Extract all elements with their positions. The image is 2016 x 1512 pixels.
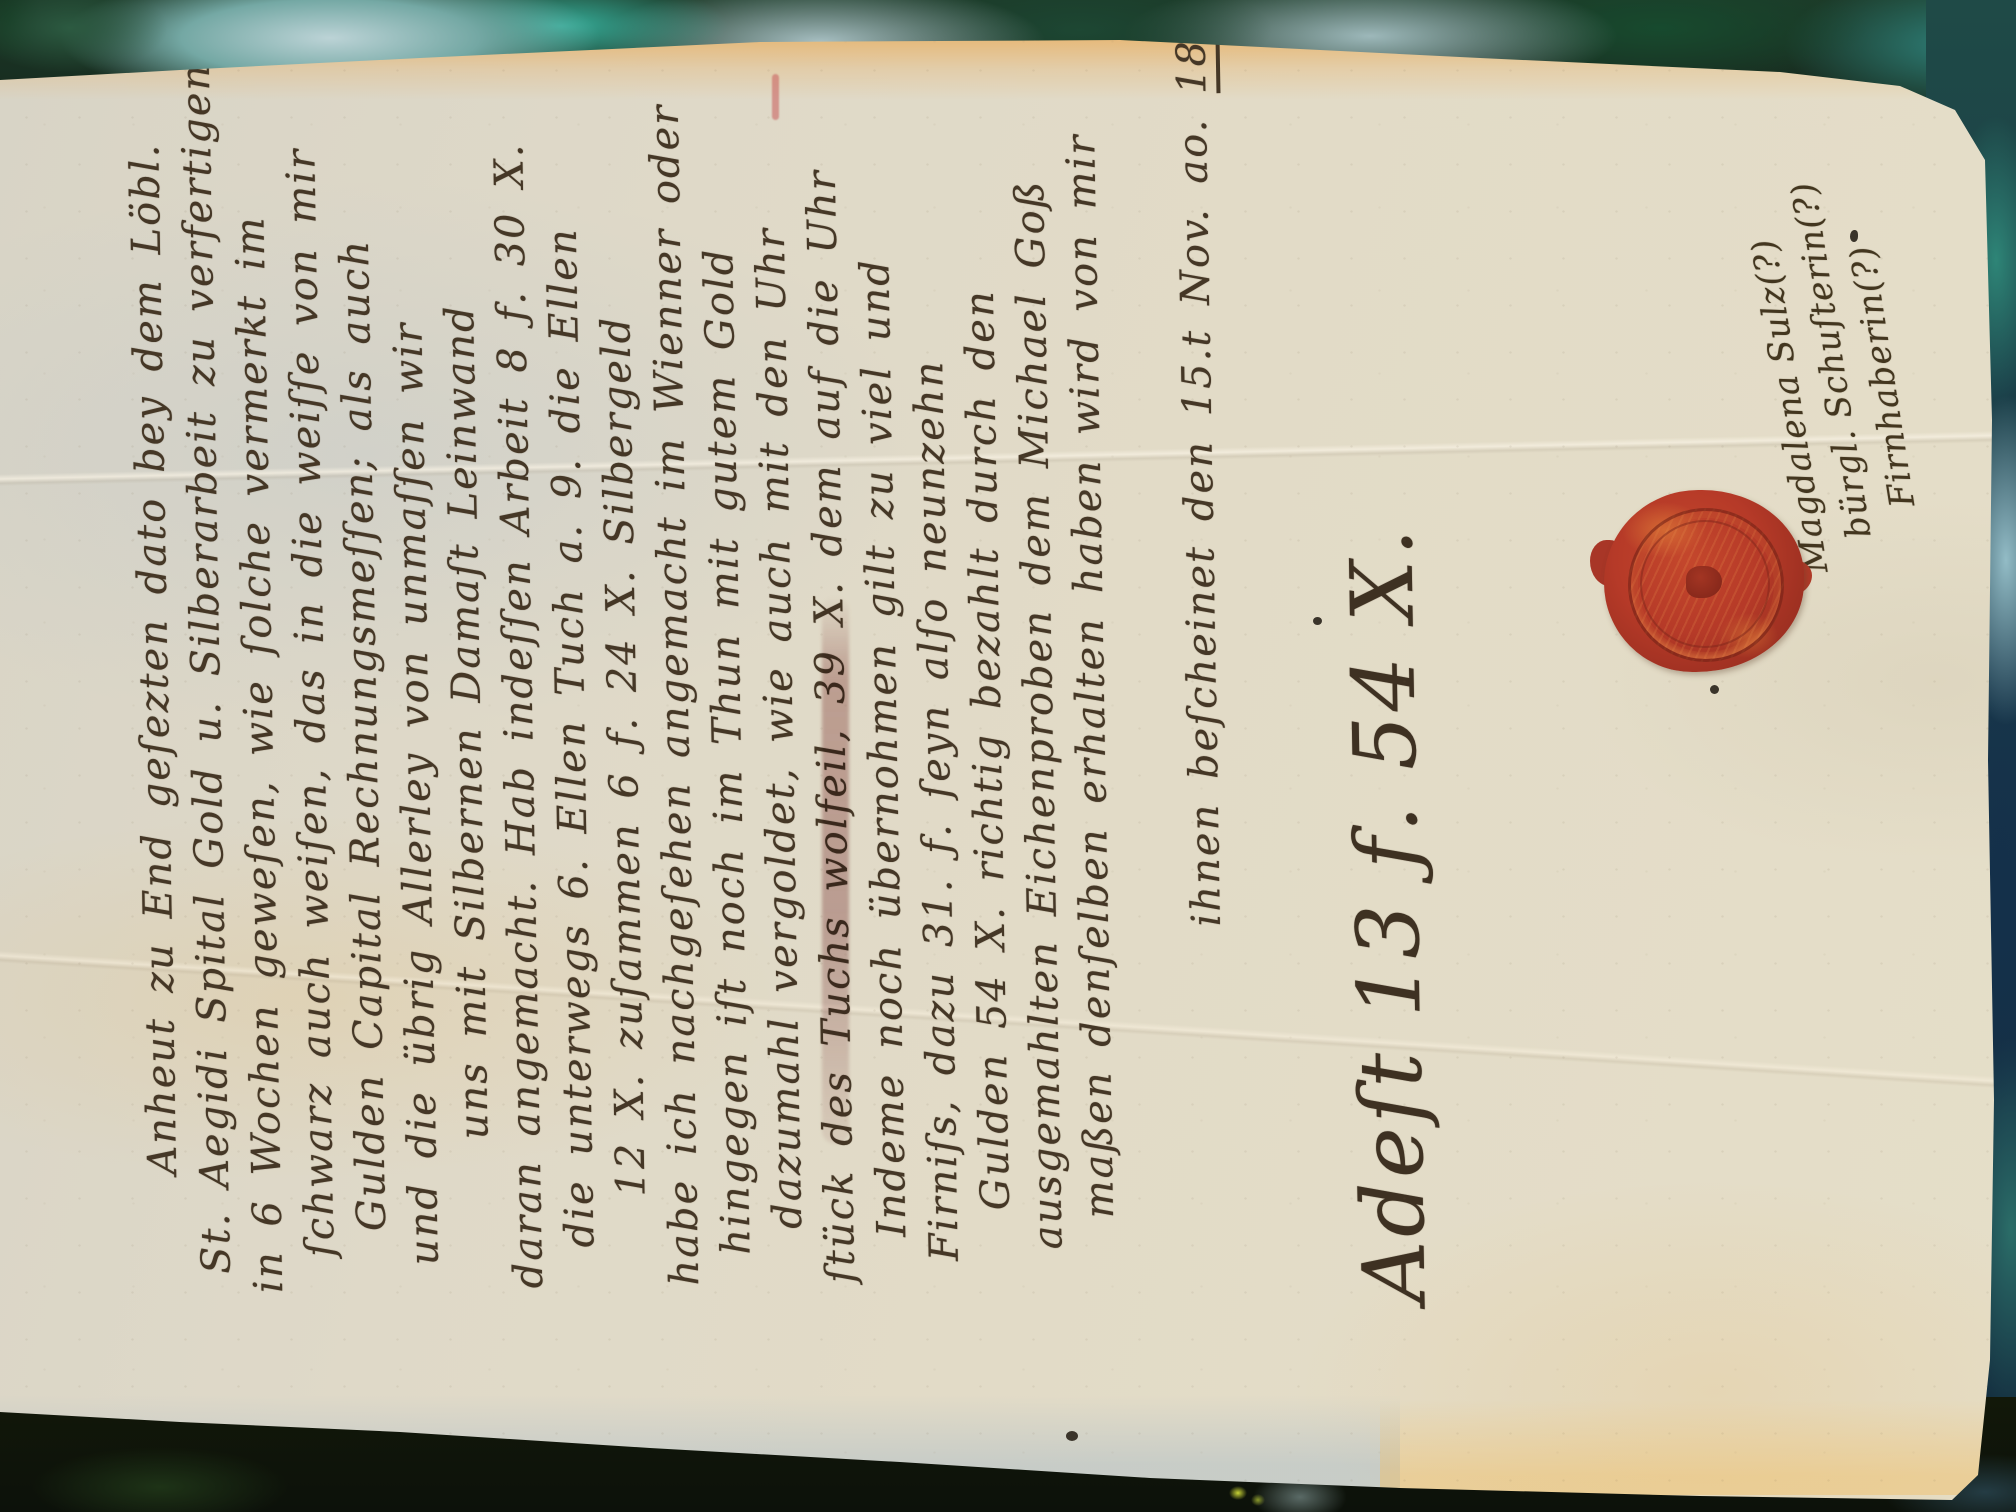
red-chalk-tick [772, 74, 779, 120]
ink-speck [1066, 1431, 1078, 1441]
photo-scene: Anheut zu End geſezten dato bey dem Löbl… [0, 0, 2016, 1512]
ink-speck [1313, 617, 1322, 625]
red-chalk-streak [822, 596, 849, 1144]
ink-speck [1850, 230, 1858, 242]
paper-fiber-texture [0, 0, 2016, 1512]
ink-speck [1710, 685, 1719, 694]
paper-sheet: Anheut zu End geſezten dato bey dem Löbl… [0, 0, 2016, 1512]
